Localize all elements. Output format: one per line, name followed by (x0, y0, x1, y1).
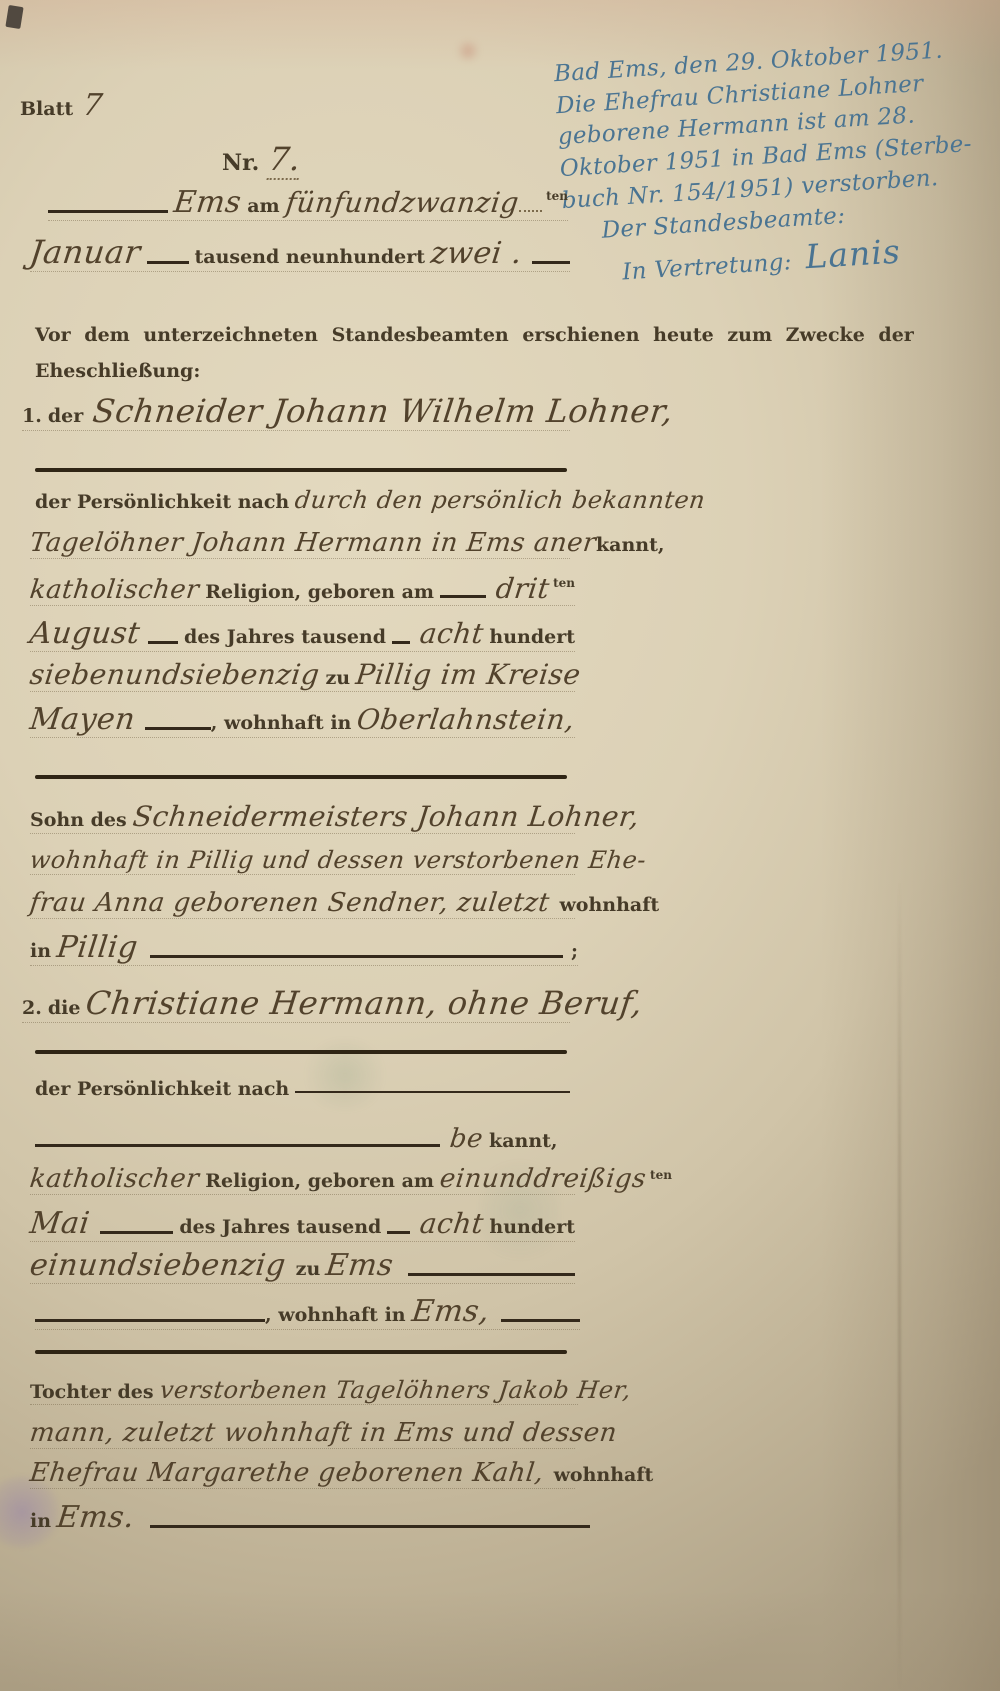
groom-residence: Oberlahnstein, (355, 703, 577, 736)
record-number: 7. (267, 140, 303, 180)
blank-rule (148, 641, 178, 644)
section-rule (35, 468, 567, 472)
hundert-label: hundert (489, 626, 575, 648)
bride-birth-place: Ems (324, 1248, 396, 1283)
section-rule (35, 1050, 567, 1054)
groom-parents-line-2: wohnhaft in Pillig und dessen verstorben… (28, 846, 647, 874)
groom-birth-place: Pillig im Kreise (354, 658, 583, 691)
corner-ink-mark (5, 5, 23, 29)
dotted-rule (519, 210, 543, 212)
groom-birth-place-2: Mayen (28, 702, 137, 737)
ten-suffix: ten (546, 189, 568, 203)
blank-rule (100, 1231, 174, 1234)
in-label: in (30, 1510, 51, 1532)
section-rule (35, 1350, 567, 1354)
bride-parents-line-3: Ehefrau Margarethe geborenen Kahl, (28, 1458, 545, 1488)
blatt-number: 7 (81, 88, 105, 123)
intro-line-1: Vor dem unterzeichneten Standesbeamten e… (35, 324, 914, 346)
groom-recognition-2: Tagelöhner Johann Hermann in Ems aner (28, 528, 598, 558)
blank-rule (392, 641, 410, 644)
tochter-des-label: Tochter des (30, 1381, 154, 1403)
groom-religion: katholischer (28, 575, 201, 605)
bride-birth-day: einunddreißigs (438, 1164, 648, 1194)
blank-rule (145, 727, 211, 730)
blank-rule (501, 1319, 580, 1322)
bride-birth-month: Mai (28, 1206, 92, 1241)
nr-label: Nr. (222, 150, 259, 176)
bride-parents-line-2: mann, zuletzt wohnhaft in Ems und dessen (28, 1418, 619, 1448)
groom-parents-residence: Pillig (55, 930, 140, 965)
record-year-word: zwei . (429, 236, 524, 271)
blank-rule (150, 1525, 590, 1528)
bride-article: die (48, 997, 81, 1019)
blank-rule (147, 261, 189, 264)
intro-line-2: Eheschließung: (35, 360, 200, 382)
bride-birth-century: acht (418, 1207, 486, 1240)
section-rule (35, 775, 567, 779)
record-day-word: fünfundzwanzig (284, 186, 521, 219)
ten-suffix: ten (650, 1168, 672, 1182)
paper-stain (455, 40, 481, 62)
groom-birth-year: siebenundsiebenzig (28, 658, 322, 691)
registrar-signature: Lanis (804, 229, 902, 280)
bride-birth-year: einundsiebenzig (28, 1248, 288, 1283)
blatt-label: Blatt (20, 98, 73, 120)
ten-suffix: ten (553, 576, 575, 590)
wohnhaft-label: wohnhaft (559, 894, 659, 916)
record-place: Ems (172, 185, 244, 220)
record-month: Januar (28, 233, 143, 271)
paper-crease (898, 880, 901, 1691)
blank-rule (440, 595, 486, 598)
groom-article: der (48, 405, 83, 427)
groom-birth-century: acht (418, 617, 486, 650)
hundert-label: hundert (489, 1216, 575, 1238)
sohn-des-label: Sohn des (30, 809, 127, 831)
wohnhaft-in-label: , wohnhaft in (211, 712, 352, 734)
groom-index: 1. (22, 405, 42, 427)
am-label: am (247, 195, 279, 217)
semicolon: ; (571, 940, 578, 962)
in-label: in (30, 940, 51, 962)
registry-document-page: Blatt 7 Bad Ems, den 29. Oktober 1951. D… (0, 0, 1000, 1691)
blank-rule (387, 1231, 409, 1234)
blank-rule (35, 1319, 265, 1322)
blank-rule (150, 955, 563, 958)
wohnhaft-in-label: , wohnhaft in (265, 1304, 406, 1326)
groom-birth-day: drit (494, 572, 552, 605)
zu-label: zu (296, 1258, 321, 1280)
bride-religion: katholischer (28, 1164, 201, 1194)
groom-father: Schneidermeisters Johann Lohner, (131, 800, 641, 833)
blank-rule (35, 1144, 440, 1147)
religion-geboren-label: Religion, geboren am (205, 581, 434, 603)
bride-parents-residence: Ems. (55, 1500, 137, 1535)
kannt-label: kannt, (596, 534, 665, 556)
note-vertretung-label: In Vertretung: (621, 248, 792, 290)
groom-name: Schneider Johann Wilhelm Lohner, (91, 392, 676, 430)
bride-recognition-hand: be (448, 1124, 485, 1154)
bride-father: verstorbenen Tagelöhners Jakob Her, (158, 1376, 633, 1404)
groom-birth-month: August (28, 616, 142, 651)
blank-rule (532, 261, 570, 264)
tausend-label: tausend neunhundert (195, 246, 426, 268)
blank-rule (408, 1273, 575, 1276)
bride-index: 2. (22, 997, 42, 1019)
groom-parents-line-3: frau Anna geborenen Sendner, zuletzt (28, 888, 551, 918)
wohnhaft-label: wohnhaft (554, 1464, 654, 1486)
religion-geboren-label: Religion, geboren am (205, 1170, 434, 1192)
bride-residence: Ems, (409, 1294, 491, 1329)
des-jahres-label: des Jahres tausend (184, 626, 386, 648)
blank-rule (48, 210, 168, 213)
blank-rule (295, 1091, 570, 1093)
groom-recognition-1: durch den persönlich bekannten (294, 486, 708, 514)
kannt-label: kannt, (489, 1130, 558, 1152)
zu-label: zu (325, 667, 350, 689)
persoenlichkeit-label: der Persönlichkeit nach (35, 1078, 289, 1100)
bride-name: Christiane Hermann, ohne Beruf, (84, 984, 645, 1022)
des-jahres-label: des Jahres tausend (179, 1216, 381, 1238)
persoenlichkeit-label: der Persönlichkeit nach (35, 491, 289, 513)
marginal-note-1951: Bad Ems, den 29. Oktober 1951. Die Ehefr… (553, 33, 997, 295)
